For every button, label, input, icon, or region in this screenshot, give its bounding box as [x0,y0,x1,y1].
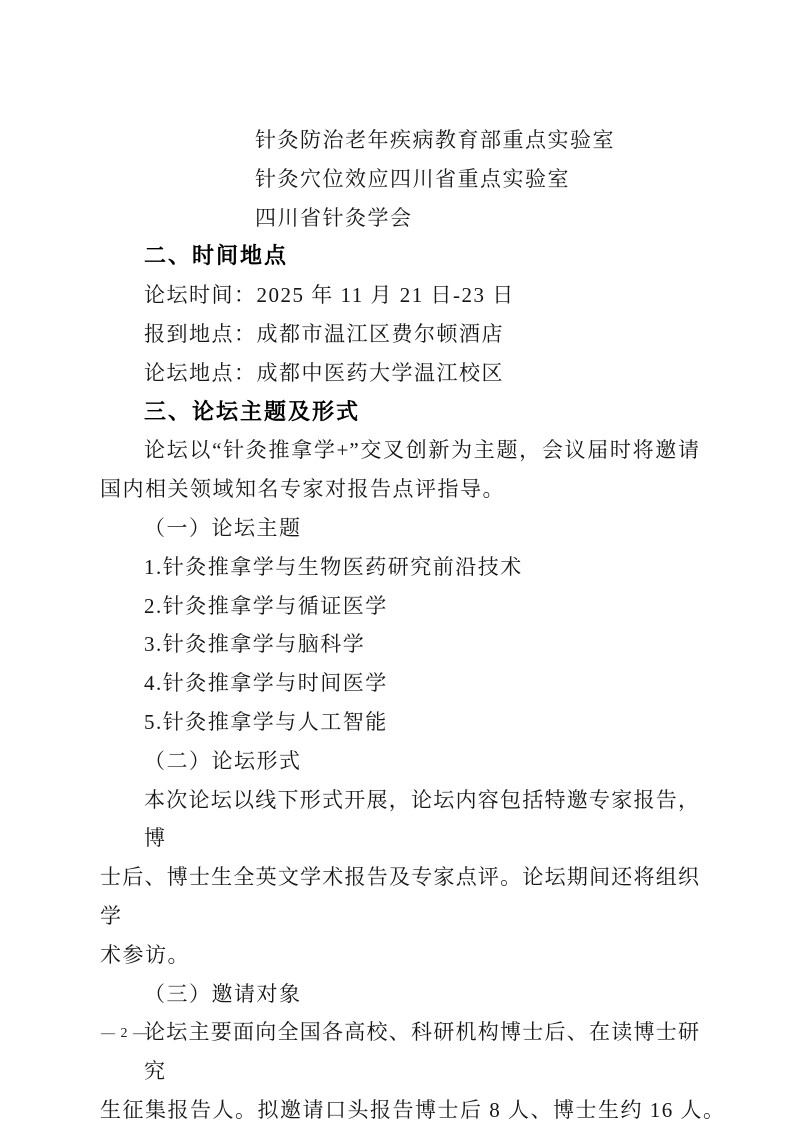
forum-time-line: 论坛时间：2025 年 11 月 21 日-23 日 [144,276,700,315]
organizer-line: 四川省针灸学会 [255,199,700,238]
format-line: 士后、博士生全英文学术报告及专家点评。论坛期间还将组织学 [100,858,700,936]
section-heading-theme-format: 三、论坛主题及形式 [144,393,700,432]
document-body: 针灸防治老年疾病教育部重点实验室 针灸穴位效应四川省重点实验室 四川省针灸学会 … [100,121,700,1130]
section-heading-time-location: 二、时间地点 [144,237,700,276]
topic-item: 3.针灸推拿学与脑科学 [144,625,700,664]
theme-intro-line: 国内相关领域知名专家对报告点评指导。 [100,470,700,509]
subsection-heading-theme: （一）论坛主题 [144,509,700,548]
organizer-line: 针灸穴位效应四川省重点实验室 [255,160,700,199]
subsection-heading-invitees: （三）邀请对象 [144,975,700,1014]
format-line: 本次论坛以线下形式开展，论坛内容包括特邀专家报告，博 [144,781,700,859]
theme-intro-line: 论坛以“针灸推拿学+”交叉创新为主题，会议届时将邀请 [144,431,700,470]
invitee-line: 论坛主要面向全国各高校、科研机构博士后、在读博士研究 [144,1013,700,1091]
format-line: 术参访。 [100,936,700,975]
organizer-line: 针灸防治老年疾病教育部重点实验室 [255,121,700,160]
forum-location-line: 论坛地点：成都中医药大学温江校区 [144,354,700,393]
topic-item: 1.针灸推拿学与生物医药研究前沿技术 [144,548,700,587]
topic-item: 5.针灸推拿学与人工智能 [144,703,700,742]
document-page: 针灸防治老年疾病教育部重点实验室 针灸穴位效应四川省重点实验室 四川省针灸学会 … [0,0,800,1131]
subsection-heading-format: （二）论坛形式 [144,742,700,781]
page-number: — 2 — [101,1026,148,1042]
invitee-line: 生征集报告人。拟邀请口头报告博士后 8 人、博士生约 16 人。 [100,1091,700,1130]
checkin-location-line: 报到地点：成都市温江区费尔顿酒店 [144,315,700,354]
topic-item: 4.针灸推拿学与时间医学 [144,664,700,703]
topic-item: 2.针灸推拿学与循证医学 [144,587,700,626]
